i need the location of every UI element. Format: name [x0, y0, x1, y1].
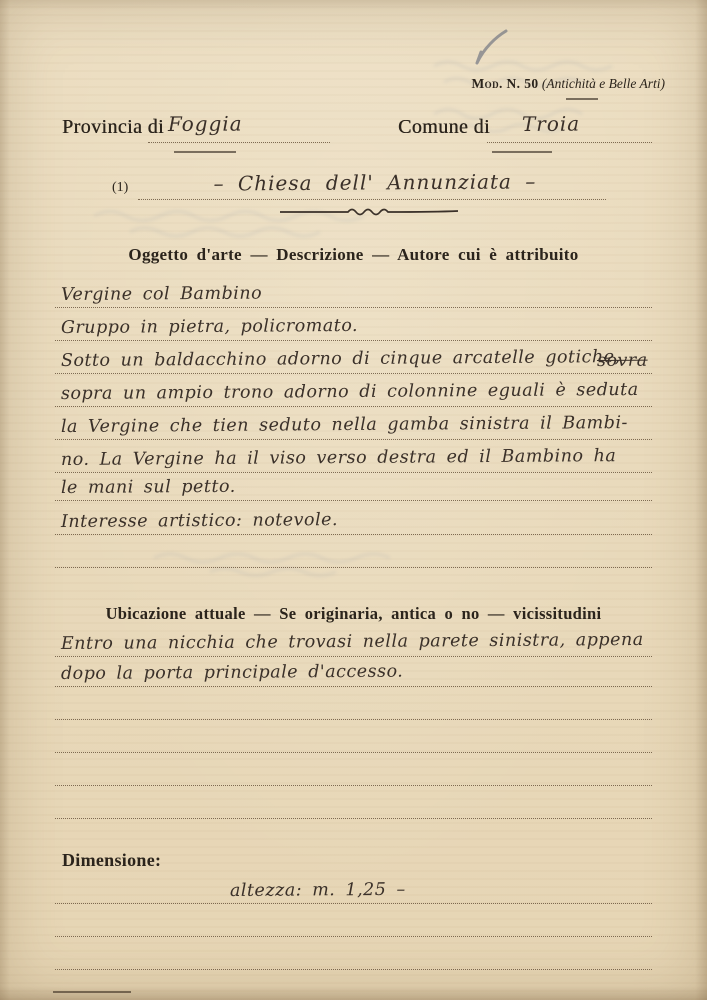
comune-label: Comune di — [398, 116, 490, 139]
ruled-line: dopo la porta principale d'accesso. — [55, 653, 652, 687]
ruled-line: sopra un ampio trono adorno di colonnine… — [55, 373, 652, 407]
ruled-line: altezza: m. 1,25 – — [55, 870, 652, 904]
form-model-detail: (Antichità e Belle Arti) — [542, 76, 665, 91]
handwritten-text: Sotto un baldacchino adorno di cinque ar… — [61, 347, 621, 371]
ruled-line: Gruppo in pietra, policromato. — [55, 307, 652, 341]
footnote-ref-marker: (1) — [112, 180, 128, 196]
handwritten-dimension-value: altezza: m. 1,25 – — [230, 880, 406, 901]
ruled-line-empty — [55, 936, 652, 970]
ruled-line-empty — [55, 785, 652, 819]
provincia-underline — [174, 151, 236, 153]
struck-out-word: sovra — [597, 351, 648, 371]
ruled-line-empty — [55, 719, 652, 753]
footnote-rule — [53, 991, 131, 993]
handwritten-text: dopo la porta principale d'accesso. — [61, 662, 404, 684]
handwritten-text: Vergine col Bambino — [61, 284, 262, 305]
ruled-line: la Vergine che tien seduto nella gamba s… — [55, 406, 652, 440]
form-model-note: Mod. N. 50 (Antichità e Belle Arti) — [472, 76, 665, 92]
monument-name: – Chiesa dell' Annunziata – — [150, 169, 600, 196]
ruled-line-empty — [55, 534, 652, 568]
section-header-oggetto: Oggetto d'arte — Descrizione — Autore cu… — [0, 245, 707, 265]
provincia-value: Foggia — [168, 111, 243, 136]
pencil-mark — [466, 28, 514, 75]
monument-fill-line — [138, 199, 606, 200]
handwritten-text: le mani sul petto. — [61, 477, 236, 498]
section-header-ubicazione: Ubicazione attuale — Se originaria, anti… — [0, 604, 707, 624]
form-model-number: Mod. N. 50 — [472, 76, 539, 91]
provincia-label: Provincia di — [62, 116, 164, 139]
handwritten-text: Entro una nicchia che trovasi nella pare… — [61, 630, 644, 654]
provincia-fill-line — [148, 142, 330, 143]
ruled-line-empty — [55, 686, 652, 720]
flourish-underline — [280, 205, 460, 223]
ruled-line-empty — [55, 752, 652, 786]
comune-value: Troia — [522, 112, 580, 136]
ruled-line: Vergine col Bambino — [55, 274, 652, 308]
ruled-line: Sotto un baldacchino adorno di cinque ar… — [55, 340, 652, 374]
comune-fill-line — [487, 142, 652, 143]
ruled-line: le mani sul petto. — [55, 467, 652, 501]
ruled-line: Interesse artistico: notevole. — [55, 501, 652, 535]
dimensione-label: Dimensione: — [62, 850, 161, 871]
scanned-form-page: Mod. N. 50 (Antichità e Belle Arti) Prov… — [0, 0, 707, 1000]
handwritten-text: Gruppo in pietra, policromato. — [61, 316, 358, 338]
ruled-line: Entro una nicchia che trovasi nella pare… — [55, 623, 652, 657]
comune-underline — [492, 151, 552, 153]
ruled-line-empty — [55, 903, 652, 937]
model-note-rule — [566, 98, 598, 100]
handwritten-text: sopra un ampio trono adorno di colonnine… — [61, 380, 639, 404]
handwritten-text: Interesse artistico: notevole. — [61, 510, 338, 532]
handwritten-text: la Vergine che tien seduto nella gamba s… — [61, 413, 628, 437]
